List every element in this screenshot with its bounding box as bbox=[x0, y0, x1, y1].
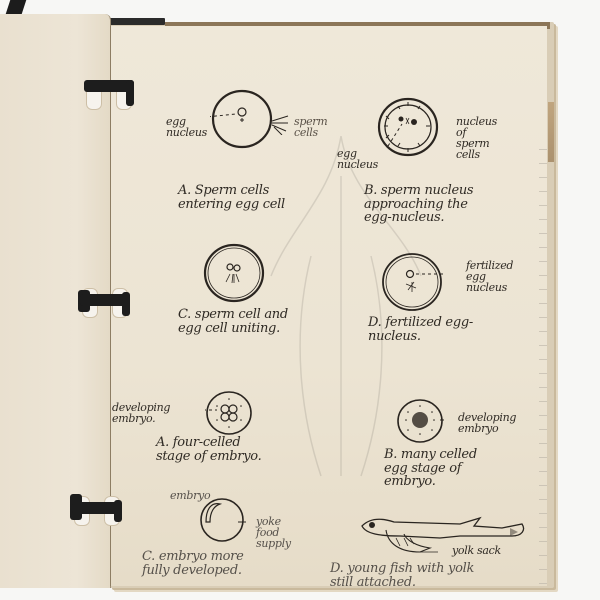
caption-fig-2d: D. young fish with yolk still attached. bbox=[330, 562, 474, 589]
label-yoke-food-supply: yoke food supply bbox=[256, 516, 291, 549]
label-nucleus-of-sperm: nucleus of sperm cells bbox=[456, 116, 497, 160]
caption-fig-b: B. sperm nucleus approaching the egg-nuc… bbox=[364, 184, 473, 225]
label-fertilized-egg-nucleus: fertilized egg nucleus bbox=[466, 260, 513, 293]
sperm-cells-drawing bbox=[270, 113, 292, 135]
drawing-cells-uniting bbox=[202, 242, 266, 304]
right-page bbox=[110, 26, 547, 586]
drawing-many-celled-embryo bbox=[396, 398, 444, 444]
binder-ring-top bbox=[82, 76, 136, 112]
caption-fig-c: C. sperm cell and egg cell uniting. bbox=[178, 308, 288, 335]
caption-fig-d: D. fertilized egg- nucleus. bbox=[368, 316, 473, 343]
caption-fig-2b: B. many celled egg stage of embryo. bbox=[384, 448, 477, 489]
label-yolk-sack: yolk sack bbox=[452, 545, 501, 556]
label-developing-embryo-a: developing embryo. bbox=[112, 402, 170, 424]
label-egg-nucleus-b: egg nucleus bbox=[337, 148, 378, 170]
caption-fig-a: A. Sperm cells entering egg cell bbox=[178, 184, 285, 211]
notebook-photo: egg nucleus sperm cells A. Sperm cells e… bbox=[0, 0, 600, 600]
page-stain bbox=[548, 102, 554, 162]
caption-fig-2a: A. four-celled stage of embryo. bbox=[156, 436, 261, 463]
drawing-sperm-entering-egg bbox=[210, 88, 274, 150]
label-egg-nucleus: egg nucleus bbox=[166, 116, 207, 138]
binder-ring-bottom bbox=[70, 492, 124, 528]
drawing-young-fish bbox=[360, 514, 526, 558]
page-ruling bbox=[539, 136, 547, 586]
drawing-sperm-nucleus-approaching bbox=[376, 96, 440, 158]
binder-ring-middle bbox=[78, 284, 132, 320]
drawing-fertilized-egg bbox=[380, 252, 444, 312]
label-developing-embryo-b: developing embryo bbox=[458, 412, 516, 434]
caption-fig-2c: C. embryo more fully developed. bbox=[142, 550, 243, 577]
drawing-four-celled-embryo bbox=[205, 390, 253, 436]
label-embryo: embryo bbox=[170, 490, 210, 501]
drawing-developed-embryo bbox=[198, 496, 246, 544]
label-sperm-cells: sperm cells bbox=[294, 116, 327, 138]
